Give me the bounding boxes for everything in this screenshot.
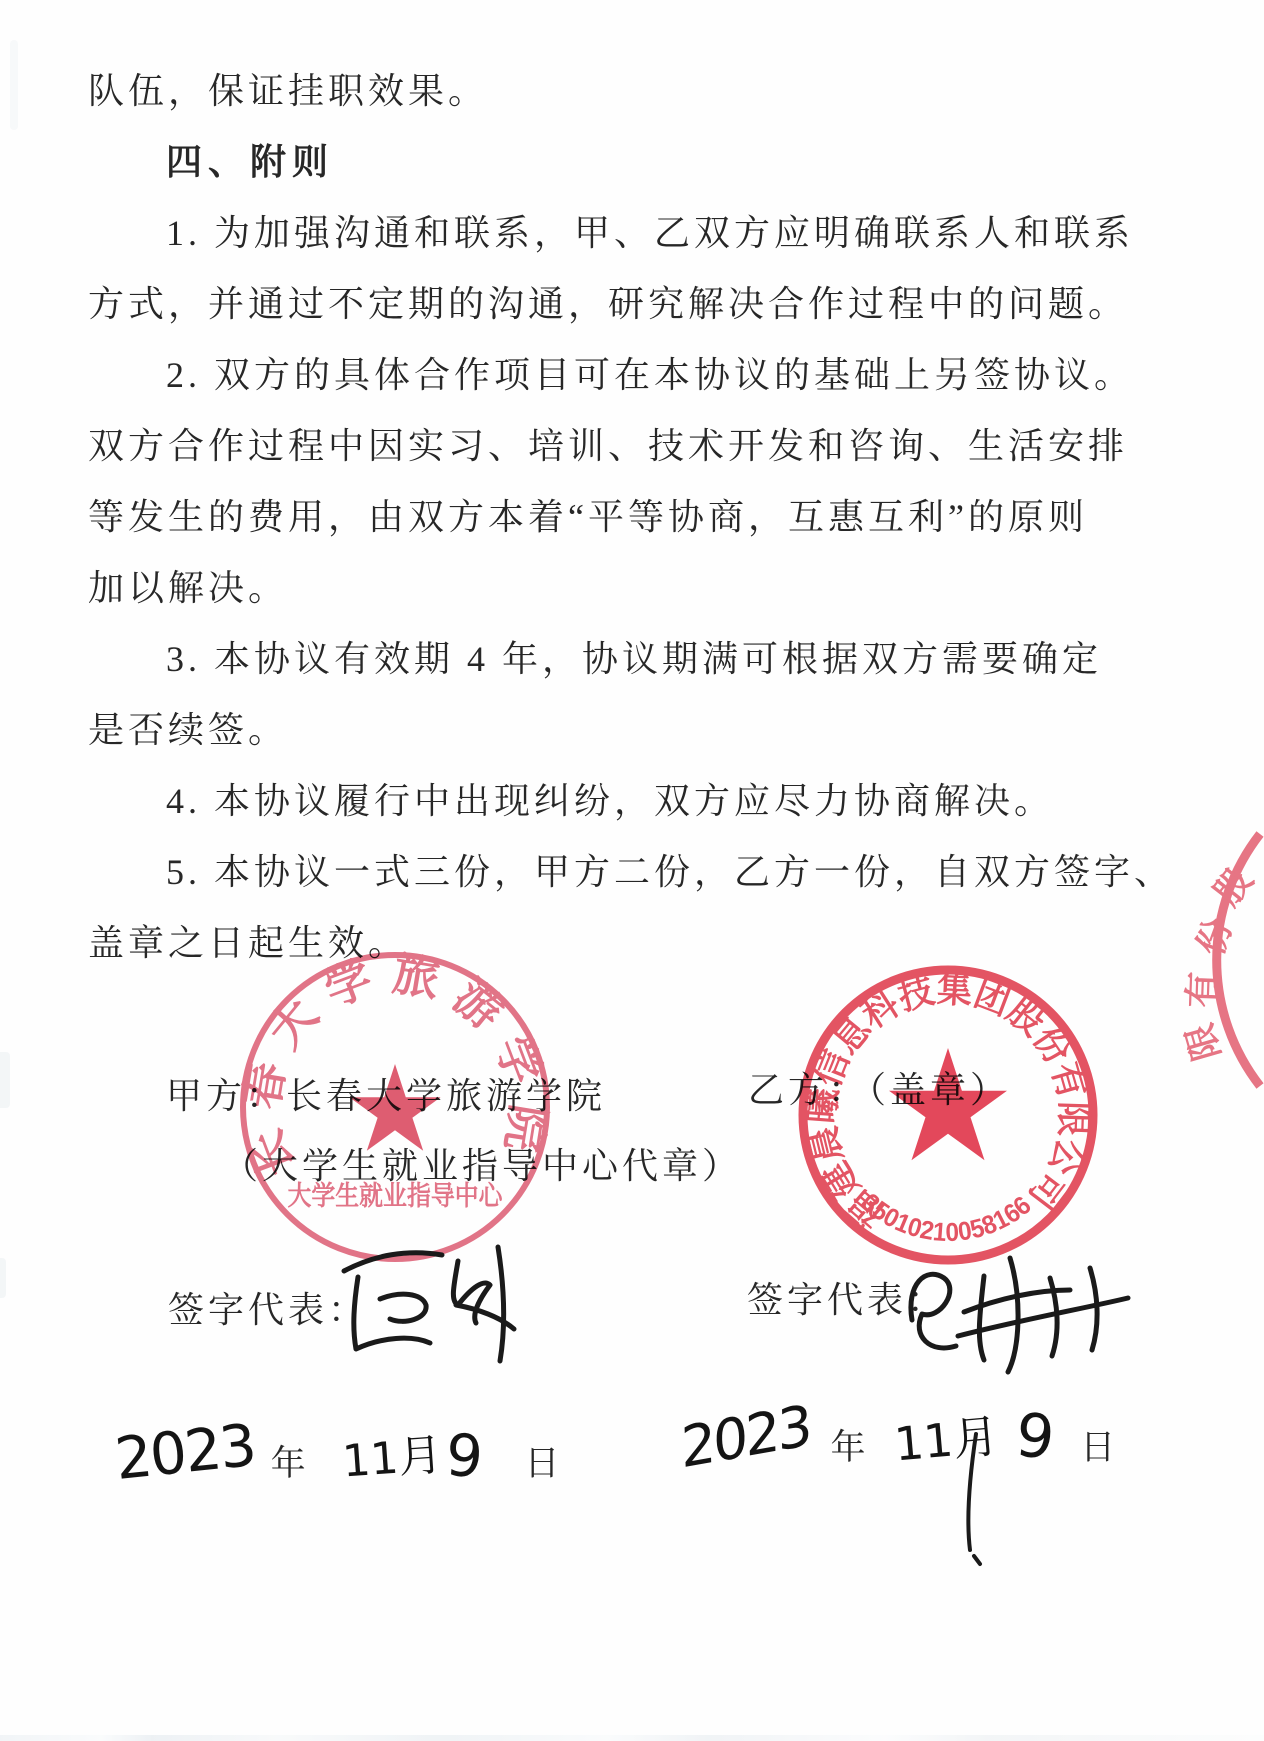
doc-line: 1. 为加强沟通和联系，甲、乙双方应明确联系人和联系: [88, 198, 1118, 269]
doc-line: 5. 本协议一式三份，甲方二份，乙方一份，自双方签字、: [88, 837, 1118, 908]
doc-line: 方式，并通过不定期的沟通，研究解决合作过程中的问题。: [88, 269, 1118, 340]
section-heading: 四、附则: [88, 127, 1118, 198]
party-b-date-day: 9: [1013, 1400, 1058, 1474]
doc-line: 4. 本协议履行中出现纠纷，双方应尽力协商解决。: [88, 766, 1118, 837]
party-a-date-year: 2023: [112, 1411, 258, 1493]
party-a-date-day: 9: [443, 1421, 485, 1491]
party-a-date-year-suffix: 年: [271, 1436, 308, 1486]
star-icon: [889, 1048, 1007, 1160]
scan-bottom-edge: [0, 1735, 1264, 1741]
party-a-signature: [338, 1225, 538, 1365]
party-a-seal-banner-text: 大学生就业指导中心: [288, 1181, 504, 1211]
party-a-date: 2023 年 11月 9 日: [115, 1418, 562, 1486]
edge-seal-char: 有: [1181, 971, 1223, 1008]
doc-line: 加以解决。: [88, 553, 1118, 624]
party-b-date-day-tail: [950, 1428, 994, 1568]
doc-line: 是否续签。: [88, 695, 1118, 766]
party-b-date: 2023 年 11月 9 日: [680, 1400, 1117, 1470]
party-b-date-day-suffix: 日: [1080, 1420, 1117, 1470]
doc-line: 2. 双方的具体合作项目可在本协议的基础上另签协议。: [88, 340, 1118, 411]
scan-smudge: [0, 1052, 10, 1108]
edge-seal-char: 限: [1180, 1019, 1228, 1065]
doc-line: 双方合作过程中因实习、培训、技术开发和咨询、生活安排: [88, 411, 1118, 482]
party-b-date-year-suffix: 年: [831, 1420, 868, 1470]
doc-line: 等发生的费用，由双方本着“平等协商，互惠互利”的原则: [88, 482, 1118, 553]
document-page: 队伍，保证挂职效果。 四、附则 1. 为加强沟通和联系，甲、乙双方应明确联系人和…: [0, 0, 1264, 1741]
party-a-date-day-suffix: 日: [525, 1436, 562, 1486]
scan-smudge: [10, 40, 18, 130]
contract-body: 队伍，保证挂职效果。 四、附则 1. 为加强沟通和联系，甲、乙双方应明确联系人和…: [88, 56, 1118, 979]
edge-seal-fragment: 股 份 有 限: [1180, 820, 1264, 1100]
star-icon: [349, 1064, 440, 1151]
doc-line: 3. 本协议有效期 4 年，协议期满可根据双方需要确定: [88, 624, 1118, 695]
scan-smudge: [0, 1258, 6, 1298]
party-a-date-month: 11月: [340, 1419, 444, 1490]
party-b-date-year: 2023: [680, 1393, 811, 1481]
doc-line: 队伍，保证挂职效果。: [88, 56, 1118, 127]
edge-seal-char: 股: [1206, 859, 1260, 913]
party-b-signature: [900, 1228, 1140, 1388]
edge-seal-char: 份: [1189, 913, 1240, 961]
